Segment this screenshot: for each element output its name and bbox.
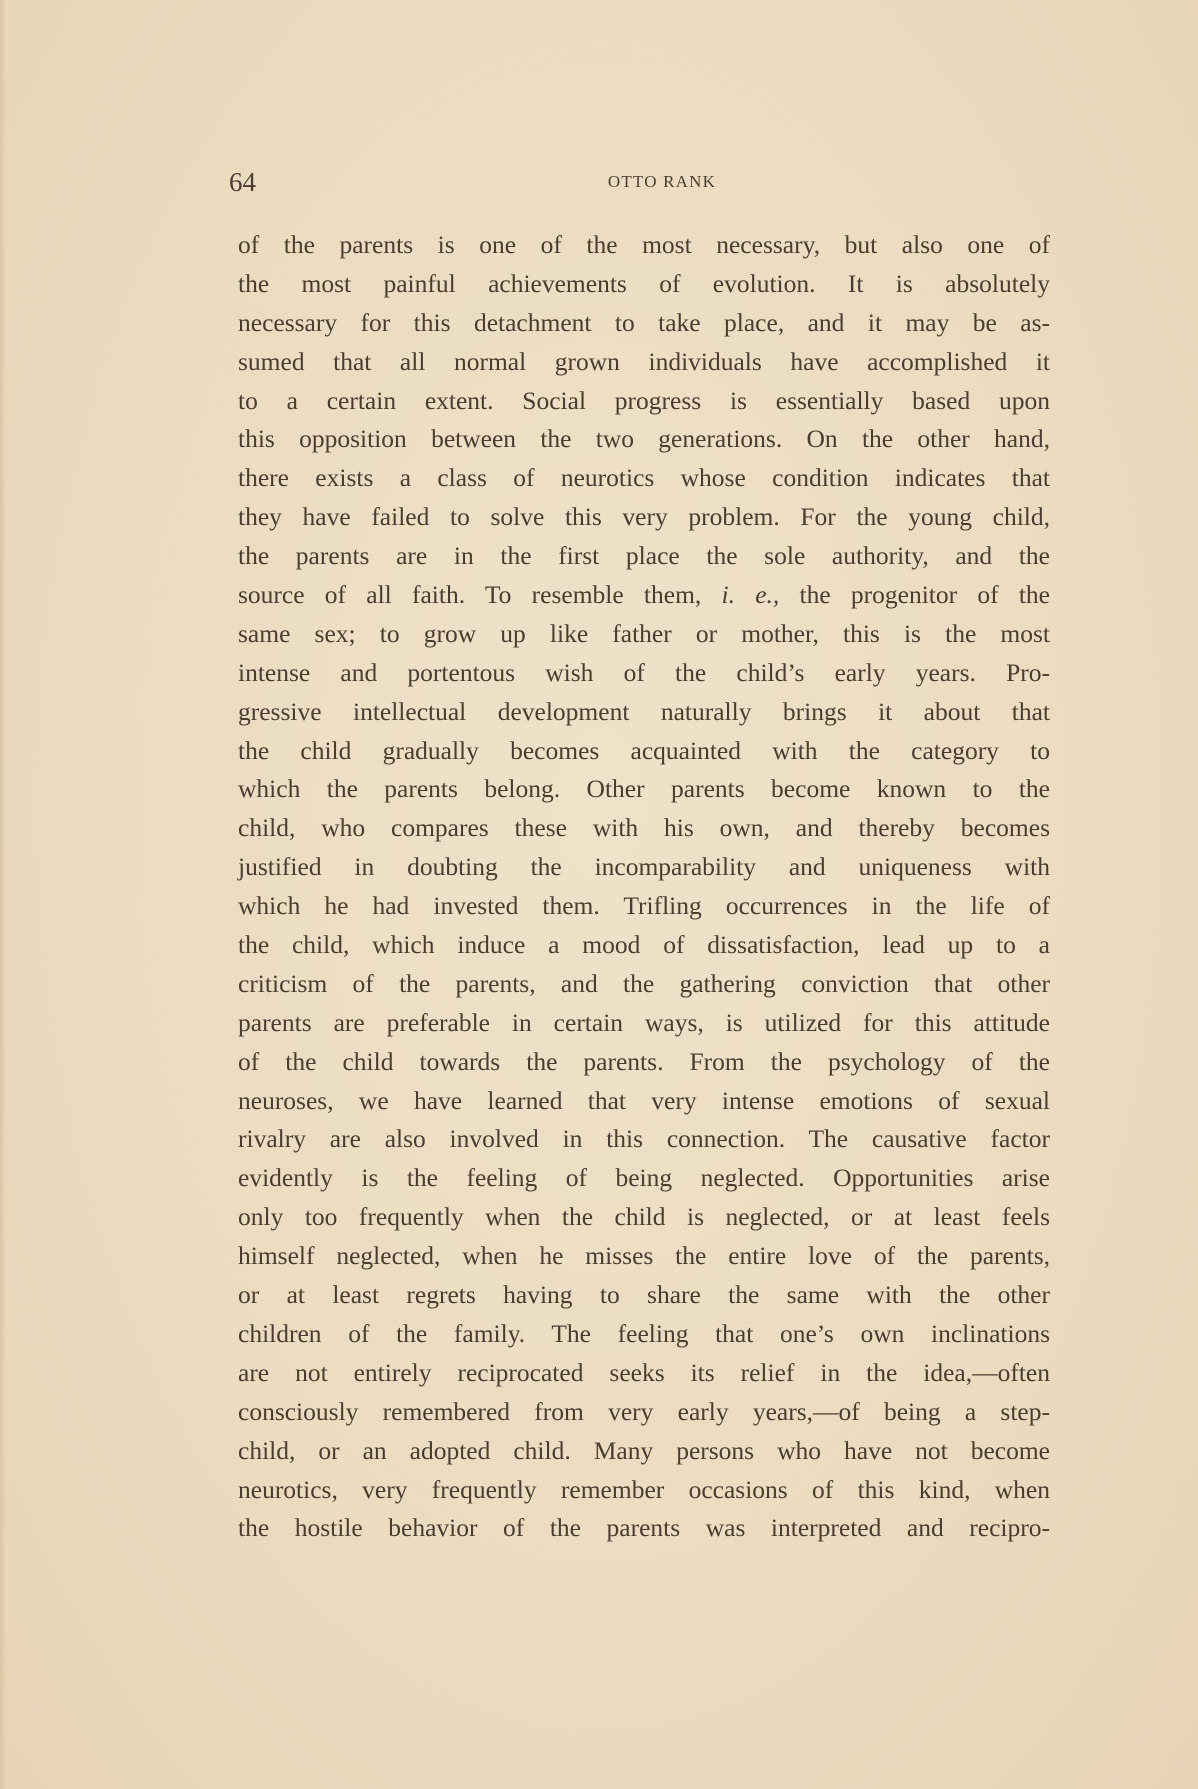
running-head: OTTO RANK bbox=[229, 168, 1055, 196]
text-line: to a certain extent. Social progress is … bbox=[238, 382, 1050, 421]
text-line: child, or an adopted child. Many persons… bbox=[238, 1432, 1050, 1471]
text-line: neurotics, very frequently remember occa… bbox=[238, 1471, 1050, 1510]
text-line: which the parents belong. Other parents … bbox=[238, 770, 1050, 809]
page-header: 64 OTTO RANK bbox=[229, 164, 1055, 204]
text-line: necessary for this detachment to take pl… bbox=[238, 304, 1050, 343]
text-line: which he had invested them. Trifling occ… bbox=[238, 887, 1050, 926]
text-line: consciously remembered from very early y… bbox=[238, 1393, 1050, 1432]
page-edge-shadow bbox=[0, 0, 6, 1789]
text-line: the parents are in the first place the s… bbox=[238, 537, 1050, 576]
text-line: gressive intellectual development natura… bbox=[238, 693, 1050, 732]
text-line: the most painful achievements of evoluti… bbox=[238, 265, 1050, 304]
italic-abbreviation: i. e., bbox=[722, 580, 780, 609]
text-line: intense and portentous wish of the child… bbox=[238, 654, 1050, 693]
text-line: are not entirely reciprocated seeks its … bbox=[238, 1354, 1050, 1393]
text-line: child, who compares these with his own, … bbox=[238, 809, 1050, 848]
text-line: himself neglected, when he misses the en… bbox=[238, 1237, 1050, 1276]
text-line: parents are preferable in certain ways, … bbox=[238, 1004, 1050, 1043]
text-line: the child, which induce a mood of dissat… bbox=[238, 926, 1050, 965]
text-line: sumed that all normal grown individuals … bbox=[238, 343, 1050, 382]
text-line: of the parents is one of the most necess… bbox=[238, 226, 1050, 265]
text-line: the child gradually becomes acquainted w… bbox=[238, 732, 1050, 771]
text-line: there exists a class of neurotics whose … bbox=[238, 459, 1050, 498]
text-line: this opposition between the two generati… bbox=[238, 420, 1050, 459]
text-line: children of the family. The feeling that… bbox=[238, 1315, 1050, 1354]
text-line: justified in doubting the incomparabilit… bbox=[238, 848, 1050, 887]
body-text: of the parents is one of the most necess… bbox=[238, 226, 1050, 1548]
text-line-with-italic: source of all faith. To resemble them, i… bbox=[238, 576, 1050, 615]
text-line: neuroses, we have learned that very inte… bbox=[238, 1082, 1050, 1121]
text-line: the hostile behavior of the parents was … bbox=[238, 1509, 1050, 1548]
text-line: criticism of the parents, and the gather… bbox=[238, 965, 1050, 1004]
text-line: or at least regrets having to share the … bbox=[238, 1276, 1050, 1315]
text-line: they have failed to solve this very prob… bbox=[238, 498, 1050, 537]
text-line: same sex; to grow up like father or moth… bbox=[238, 615, 1050, 654]
text-line: evidently is the feeling of being neglec… bbox=[238, 1159, 1050, 1198]
text-line: rivalry are also involved in this connec… bbox=[238, 1120, 1050, 1159]
text-line: only too frequently when the child is ne… bbox=[238, 1198, 1050, 1237]
book-page: 64 OTTO RANK of the parents is one of th… bbox=[0, 0, 1198, 1789]
text-line: of the child towards the parents. From t… bbox=[238, 1043, 1050, 1082]
